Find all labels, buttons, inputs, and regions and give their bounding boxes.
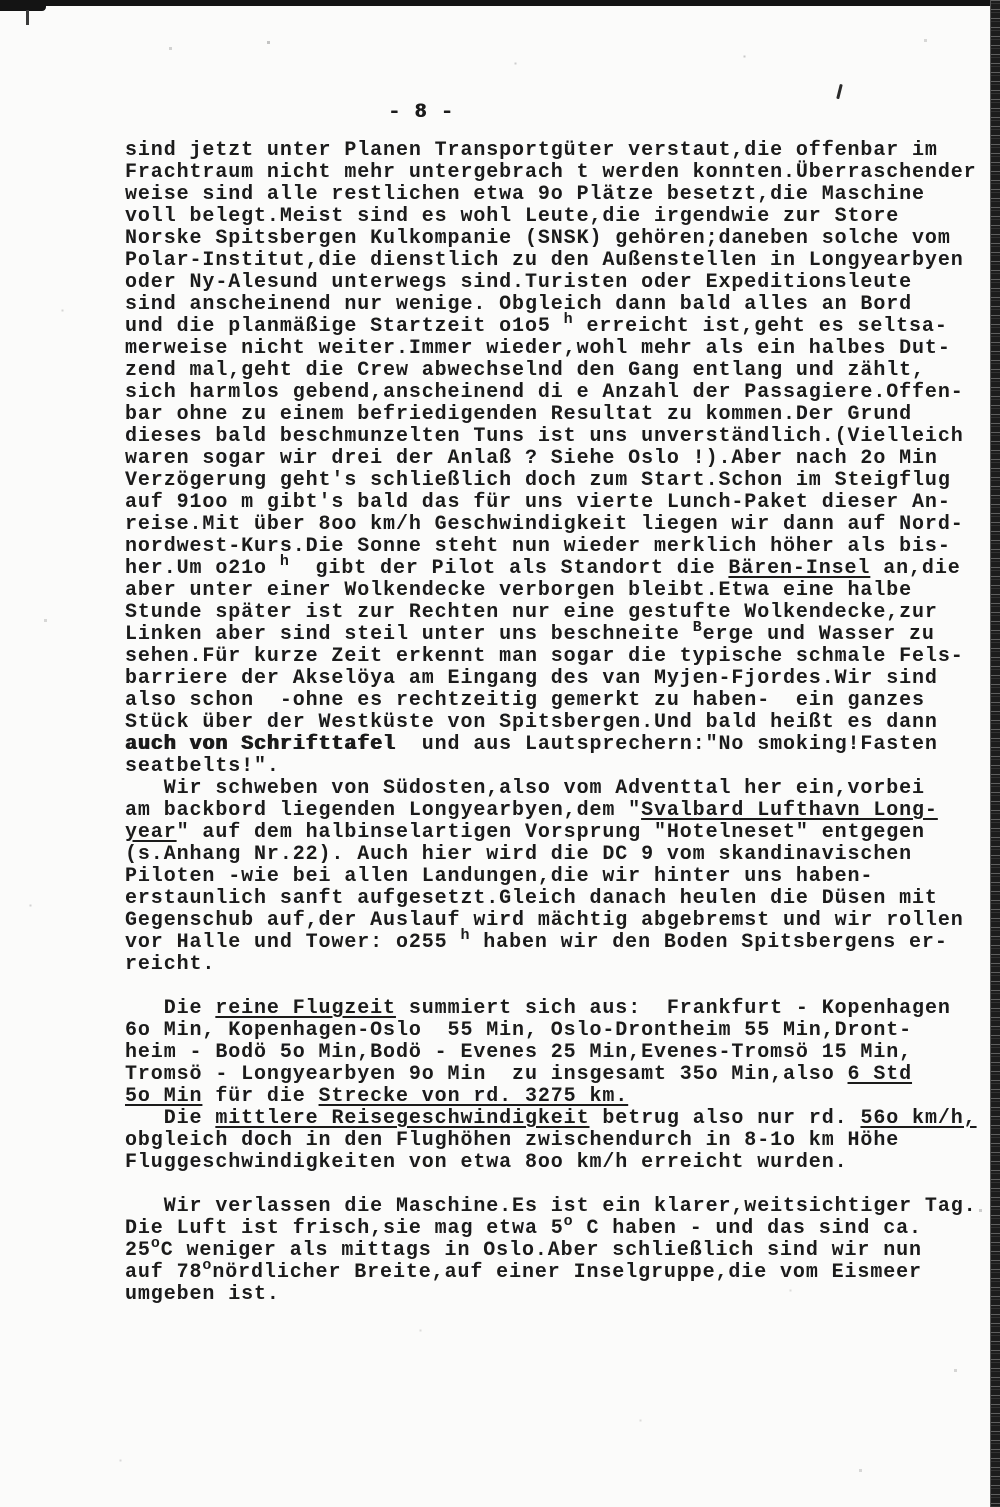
text-segment: her.Um o21o [125,557,280,580]
text-segment: Bären-Insel [728,557,870,580]
text-segment: (s.Anhang Nr.22). Auch hier wird die DC … [125,843,912,866]
text-line: Die mittlere Reisegeschwindigkeit betrug… [125,1108,1000,1130]
text-line: Wir schweben von Südosten,also vom Adven… [125,778,1000,800]
text-segment: bar ohne zu einem befriedigenden Resulta… [125,403,912,426]
text-segment: gibt der Pilot als Standort die [290,557,729,580]
text-segment: aber unter einer Wolkendecke verborgen b… [125,579,912,602]
scan-noise-specks [0,0,1,1]
text-line: 5o Min für die Strecke von rd. 3275 km. [125,1086,1000,1108]
superscript-text: o [151,1233,161,1255]
text-line: sich harmlos gebend,anscheinend di e Anz… [125,382,1000,404]
text-line: Stück über der Westküste von Spitsbergen… [125,712,1000,734]
text-segment: seatbelts!". [125,755,280,778]
text-segment: haben wir den Boden Spitsbergens er- [470,931,947,954]
text-line: sehen.Für kurze Zeit erkennt man sogar d… [125,646,1000,668]
text-segment: erstaunlich sanft aufgesetzt.Gleich dana… [125,887,938,910]
text-line: obgleich doch in den Flughöhen zwischend… [125,1130,1000,1152]
text-segment: Fluggeschwindigkeiten von etwa 8oo km/h … [125,1151,848,1174]
text-line: also schon -ohne es rechtzeitig gemerkt … [125,690,1000,712]
superscript-text: B [693,617,703,639]
text-segment: Die [125,997,215,1020]
text-line: year" auf dem halbinselartigen Vorsprung… [125,822,1000,844]
text-segment: oder Ny-Alesund unterwegs sind.Turisten … [125,271,912,294]
document-body: sind jetzt unter Planen Transportgüter v… [125,140,1000,1306]
text-segment: vor Halle und Tower: o255 [125,931,460,954]
text-segment: merweise nicht weiter.Immer wieder,wohl … [125,337,951,360]
text-line: weise sind alle restlichen etwa 9o Plätz… [125,184,1000,206]
text-line: umgeben ist. [125,1284,1000,1306]
text-segment: reine Flugzeit [215,997,396,1020]
scan-artifact-top-edge [0,0,1000,6]
text-segment: betrug also nur rd. [590,1107,861,1130]
text-segment: nördlicher Breite,auf einer Inselgruppe,… [212,1261,922,1284]
text-line: reise.Mit über 8oo km/h Geschwindigkeit … [125,514,1000,536]
text-segment: 56o km/h, [860,1107,976,1130]
text-segment: an,die [870,557,960,580]
text-line: Tromsö - Longyearbyen 9o Min zu insgesam… [125,1064,1000,1086]
text-line: auf 78onördlicher Breite,auf einer Insel… [125,1262,1000,1284]
text-segment: auf 91oo m gibt's bald das für uns viert… [125,491,951,514]
text-line: sind jetzt unter Planen Transportgüter v… [125,140,1000,162]
text-segment: auch von Schrifttafel [125,733,396,756]
text-line: oder Ny-Alesund unterwegs sind.Turisten … [125,272,1000,294]
superscript-text: h [280,551,290,573]
text-line: Die Luft ist frisch,sie mag etwa 5o C ha… [125,1218,1000,1240]
text-segment: Svalbard Lufthavn Long- [641,799,938,822]
text-segment: barriere der Akselöya am Eingang des van… [125,667,938,690]
text-line: sind anscheinend nur wenige. Obgleich da… [125,294,1000,316]
text-segment: nordwest-Kurs.Die Sonne steht nun wieder… [125,535,951,558]
text-line: auf 91oo m gibt's bald das für uns viert… [125,492,1000,514]
text-segment: Die Luft ist frisch,sie mag etwa 5 [125,1217,564,1240]
scan-artifact-top-left-corner [0,0,46,11]
text-segment: obgleich doch in den Flughöhen zwischend… [125,1129,899,1152]
text-segment: auf 78 [125,1261,202,1284]
text-segment: erreicht ist,geht es seltsa- [574,315,948,338]
text-line: voll belegt.Meist sind es wohl Leute,die… [125,206,1000,228]
text-segment: Verzögerung geht's schließlich doch zum … [125,469,951,492]
text-line: reicht. [125,954,1000,976]
text-line [125,976,1000,998]
text-segment: heim - Bodö 5o Min,Bodö - Evenes 25 Min,… [125,1041,912,1064]
text-line: Piloten -wie bei allen Landungen,die wir… [125,866,1000,888]
text-line: Norske Spitsbergen Kulkompanie (SNSK) ge… [125,228,1000,250]
text-line: Wir verlassen die Maschine.Es ist ein kl… [125,1196,1000,1218]
text-segment: Polar-Institut,die dienstlich zu den Auß… [125,249,964,272]
text-line: bar ohne zu einem befriedigenden Resulta… [125,404,1000,426]
text-line: aber unter einer Wolkendecke verborgen b… [125,580,1000,602]
text-line: (s.Anhang Nr.22). Auch hier wird die DC … [125,844,1000,866]
text-line: seatbelts!". [125,756,1000,778]
page-number: - 8 - [388,101,454,124]
text-line: am backbord liegenden Longyearbyen,dem "… [125,800,1000,822]
text-segment: sind jetzt unter Planen Transportgüter v… [125,139,938,162]
text-line: waren sogar wir drei der Anlaß ? Siehe O… [125,448,1000,470]
superscript-text: h [460,925,470,947]
text-segment: Wir schweben von Südosten,also vom Adven… [125,777,925,800]
text-segment: Frachtraum nicht mehr untergebrach t wer… [125,161,977,184]
text-line: dieses bald beschmunzelten Tuns ist uns … [125,426,1000,448]
text-segment: C haben - und das sind ca. [574,1217,922,1240]
text-line: 25oC weniger als mittags in Oslo.Aber sc… [125,1240,1000,1262]
scan-artifact-stray-mark [836,84,842,99]
text-segment: summiert sich aus: Frankfurt - Kopenhage… [396,997,951,1020]
text-segment: für die [202,1085,318,1108]
text-segment: Gegenschub auf,der Auslauf wird mächtig … [125,909,964,932]
superscript-text: h [564,309,574,331]
text-line: und die planmäßige Startzeit o1o5 h erre… [125,316,1000,338]
text-segment: Die [125,1107,215,1130]
text-line: 6o Min, Kopenhagen-Oslo 55 Min, Oslo-Dro… [125,1020,1000,1042]
text-line: Polar-Institut,die dienstlich zu den Auß… [125,250,1000,272]
text-segment: year [125,821,177,844]
text-segment: Stunde später ist zur Rechten nur eine g… [125,601,938,624]
text-segment: erge und Wasser zu [703,623,935,646]
superscript-text: o [202,1255,212,1277]
text-segment: reise.Mit über 8oo km/h Geschwindigkeit … [125,513,964,536]
text-line: auch von Schrifttafel und aus Lautsprech… [125,734,1000,756]
text-line: Frachtraum nicht mehr untergebrach t wer… [125,162,1000,184]
text-line: zend mal,geht die Crew abwechselnd den G… [125,360,1000,382]
text-segment: Norske Spitsbergen Kulkompanie (SNSK) ge… [125,227,951,250]
text-segment: also schon -ohne es rechtzeitig gemerkt … [125,689,925,712]
text-segment: und aus Lautsprechern:"No smoking!Fasten [396,733,938,756]
text-line: her.Um o21o h gibt der Pilot als Standor… [125,558,1000,580]
text-segment: sind anscheinend nur wenige. Obgleich da… [125,293,912,316]
text-line: Verzögerung geht's schließlich doch zum … [125,470,1000,492]
text-line: erstaunlich sanft aufgesetzt.Gleich dana… [125,888,1000,910]
text-segment: Linken aber sind steil unter uns beschne… [125,623,693,646]
text-segment: weise sind alle restlichen etwa 9o Plätz… [125,183,925,206]
text-segment: 6o Min, Kopenhagen-Oslo 55 Min, Oslo-Dro… [125,1019,912,1042]
text-line: merweise nicht weiter.Immer wieder,wohl … [125,338,1000,360]
text-segment: voll belegt.Meist sind es wohl Leute,die… [125,205,899,228]
text-line: nordwest-Kurs.Die Sonne steht nun wieder… [125,536,1000,558]
text-segment: Tromsö - Longyearbyen 9o Min zu insgesam… [125,1063,848,1086]
text-segment: C weniger als mittags in Oslo.Aber schli… [161,1239,922,1262]
text-segment: Strecke von rd. 3275 km. [319,1085,629,1108]
text-segment: reicht. [125,953,215,976]
text-line [125,1174,1000,1196]
text-segment: sich harmlos gebend,anscheinend di e Anz… [125,381,964,404]
text-line: Gegenschub auf,der Auslauf wird mächtig … [125,910,1000,932]
text-line: Linken aber sind steil unter uns beschne… [125,624,1000,646]
text-line: Fluggeschwindigkeiten von etwa 8oo km/h … [125,1152,1000,1174]
text-segment: mittlere Reisegeschwindigkeit [215,1107,589,1130]
text-segment: Stück über der Westküste von Spitsbergen… [125,711,938,734]
text-segment: 5o Min [125,1085,202,1108]
text-segment: 25 [125,1239,151,1262]
scan-artifact-corner-tick [26,10,29,25]
scanned-document-page: - 8 - sind jetzt unter Planen Transportg… [0,0,1000,1507]
text-line: Die reine Flugzeit summiert sich aus: Fr… [125,998,1000,1020]
text-line: Stunde später ist zur Rechten nur eine g… [125,602,1000,624]
superscript-text: o [564,1211,574,1233]
text-segment: und die planmäßige Startzeit o1o5 [125,315,564,338]
text-segment: umgeben ist. [125,1283,280,1306]
text-segment: sehen.Für kurze Zeit erkennt man sogar d… [125,645,964,668]
text-line: barriere der Akselöya am Eingang des van… [125,668,1000,690]
text-segment: 6 Std [848,1063,913,1086]
text-segment: waren sogar wir drei der Anlaß ? Siehe O… [125,447,938,470]
text-segment: Wir verlassen die Maschine.Es ist ein kl… [125,1195,977,1218]
text-segment: zend mal,geht die Crew abwechselnd den G… [125,359,925,382]
text-segment: dieses bald beschmunzelten Tuns ist uns … [125,425,964,448]
text-line: vor Halle und Tower: o255 h haben wir de… [125,932,1000,954]
text-segment: " auf dem halbinselartigen Vorsprung "Ho… [177,821,925,844]
text-line: heim - Bodö 5o Min,Bodö - Evenes 25 Min,… [125,1042,1000,1064]
text-segment: am backbord liegenden Longyearbyen,dem " [125,799,641,822]
text-segment: Piloten -wie bei allen Landungen,die wir… [125,865,873,888]
